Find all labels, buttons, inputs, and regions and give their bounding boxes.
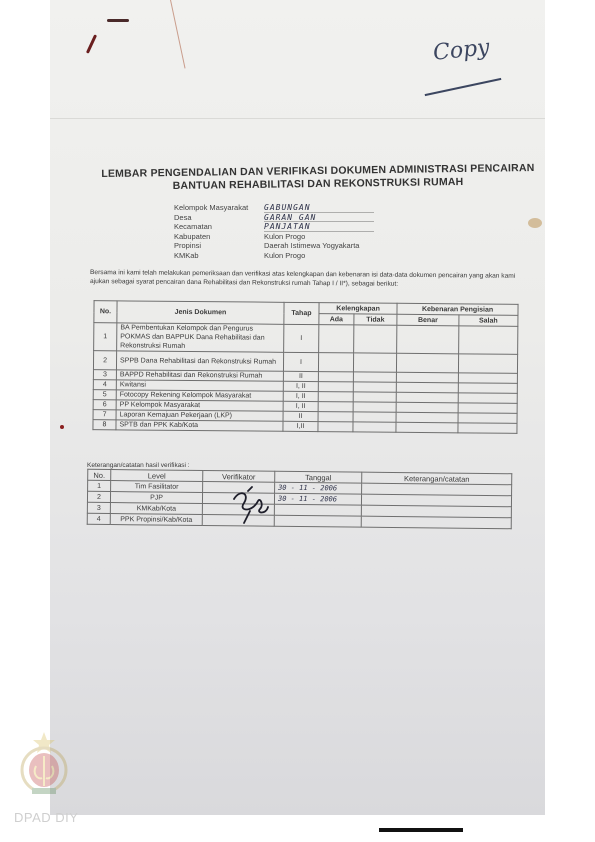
tidak-cell[interactable]	[353, 422, 396, 432]
verification-notes-table: No. Level Verifikator Tanggal Keterangan…	[87, 469, 513, 529]
tahap-value: II	[283, 411, 318, 421]
benar-cell[interactable]	[397, 353, 459, 373]
tahap-value: I, II	[283, 401, 318, 411]
col-header-jenis: Jenis Dokumen	[117, 301, 284, 324]
copy-note-underline	[425, 78, 502, 96]
row-number: 7	[93, 410, 116, 420]
salah-cell[interactable]	[458, 413, 517, 424]
document-name: BA Pembentukan Kelompok dan Pengurus POK…	[117, 323, 284, 352]
col-header-benar: Benar	[397, 314, 459, 326]
document-name: SPPB Dana Rehabilitasi dan Rekonstruksi …	[116, 351, 283, 371]
ada-cell[interactable]	[318, 422, 353, 432]
identity-row: Propinsi Daerah Istimewa Yogyakarta	[174, 241, 374, 251]
salah-cell[interactable]	[458, 393, 517, 404]
benar-cell[interactable]	[396, 412, 458, 423]
benar-cell[interactable]	[397, 325, 459, 354]
intro-paragraph: Bersama ini kami telah melakukan pemerik…	[90, 268, 535, 290]
tidak-cell[interactable]	[353, 372, 396, 382]
identity-value-handwritten: GARAN GAN	[264, 213, 374, 223]
col-header-ada: Ada	[319, 314, 354, 325]
identity-row: Kelompok Masyarakat GABUNGAN	[174, 203, 374, 213]
pen-mark	[107, 19, 129, 22]
ada-cell[interactable]	[318, 372, 353, 382]
col-header-salah: Salah	[459, 315, 518, 327]
identity-value: Kulon Progo	[264, 232, 374, 242]
tahap-value: I, II	[283, 381, 318, 391]
identity-value: Daerah Istimewa Yogyakarta	[264, 241, 374, 251]
identity-label: KMKab	[174, 251, 264, 261]
tidak-cell[interactable]	[353, 353, 396, 372]
fold-crease-diagonal	[170, 0, 186, 68]
tanggal-value: 30 - 11 - 2006	[275, 482, 362, 494]
ada-cell[interactable]	[318, 382, 353, 392]
ada-cell[interactable]	[318, 392, 353, 402]
benar-cell[interactable]	[396, 382, 458, 393]
identity-label: Kelompok Masyarakat	[174, 203, 264, 213]
tahap-value: I	[284, 324, 319, 352]
scan-edge-bar	[379, 828, 463, 832]
document-name: SPTB dan PPK Kab/Kota	[116, 420, 283, 431]
row-number: 2	[93, 351, 116, 370]
identity-label: Kabupaten	[174, 232, 264, 242]
tahap-value: I	[283, 352, 318, 371]
identity-value-handwritten: PANJATAN	[264, 222, 374, 232]
row-number: 1	[88, 480, 111, 491]
diy-emblem-logo	[14, 730, 74, 800]
tidak-cell[interactable]	[353, 325, 397, 353]
tahap-value: I, II	[283, 391, 318, 401]
identity-value: Kulon Progo	[264, 251, 374, 261]
scanned-page: Copy LEMBAR PENGENDALIAN DAN VERIFIKASI …	[50, 0, 545, 815]
col-header-verifikator: Verifikator	[203, 470, 275, 482]
tidak-cell[interactable]	[353, 382, 396, 392]
watermark-text: DPAD DIY	[14, 810, 78, 825]
benar-cell[interactable]	[396, 422, 458, 433]
ada-cell[interactable]	[318, 353, 353, 372]
ada-cell[interactable]	[318, 412, 353, 422]
verifier-signature	[230, 485, 270, 525]
pen-mark	[86, 34, 97, 53]
ada-cell[interactable]	[319, 325, 354, 353]
row-number: 8	[93, 420, 116, 430]
salah-cell[interactable]	[458, 403, 517, 414]
identity-row: Kabupaten Kulon Progo	[174, 232, 374, 242]
identity-row: Kecamatan PANJATAN	[174, 222, 374, 232]
tidak-cell[interactable]	[353, 392, 396, 402]
identity-block: Kelompok Masyarakat GABUNGAN Desa GARAN …	[174, 203, 374, 260]
col-header-tahap: Tahap	[284, 302, 319, 324]
row-number: 6	[93, 400, 116, 410]
salah-cell[interactable]	[458, 423, 517, 434]
row-number: 4	[87, 513, 110, 524]
salah-cell[interactable]	[458, 326, 517, 355]
row-number: 3	[93, 370, 116, 380]
document-title: LEMBAR PENGENDALIAN DAN VERIFIKASI DOKUM…	[98, 162, 538, 194]
col-header-no: No.	[94, 301, 117, 323]
ada-cell[interactable]	[318, 402, 353, 412]
col-header-no: No.	[88, 469, 111, 480]
identity-label: Kecamatan	[174, 222, 264, 232]
tanggal-value	[274, 515, 361, 527]
tidak-cell[interactable]	[353, 402, 396, 412]
salah-cell[interactable]	[458, 383, 517, 394]
table-row: 1BA Pembentukan Kelompok dan Pengurus PO…	[94, 323, 518, 355]
col-header-tanggal: Tanggal	[275, 471, 362, 483]
row-number: 3	[87, 502, 110, 513]
row-number: 5	[93, 390, 116, 400]
benar-cell[interactable]	[396, 392, 458, 403]
keterangan-cell[interactable]	[361, 516, 511, 529]
row-number: 2	[87, 491, 110, 502]
tanggal-value	[274, 504, 361, 516]
identity-row: Desa GARAN GAN	[174, 213, 374, 223]
identity-label: Propinsi	[174, 241, 264, 251]
tahap-value: II	[283, 371, 318, 381]
row-number: 1	[94, 323, 117, 351]
tanggal-value: 30 - 11 - 2006	[274, 493, 361, 505]
tidak-cell[interactable]	[353, 412, 396, 422]
level-name: PPK Propinsi/Kab/Kota	[110, 514, 202, 526]
identity-value-handwritten: GABUNGAN	[264, 203, 374, 213]
ink-spot	[60, 425, 64, 429]
paper-stain	[528, 218, 542, 228]
salah-cell[interactable]	[458, 354, 517, 374]
benar-cell[interactable]	[396, 402, 458, 413]
benar-cell[interactable]	[397, 372, 459, 383]
col-header-kelengkapan: Kelengkapan	[319, 303, 397, 315]
col-header-tidak: Tidak	[354, 314, 397, 325]
fold-crease	[50, 118, 545, 119]
identity-row: KMKab Kulon Progo	[174, 251, 374, 261]
tahap-value: I,II	[283, 421, 318, 431]
row-number: 4	[93, 380, 116, 390]
identity-label: Desa	[174, 213, 264, 223]
handwritten-copy-note: Copy	[432, 35, 491, 66]
salah-cell[interactable]	[458, 373, 517, 384]
document-checklist-table: No. Jenis Dokumen Tahap Kelengkapan Kebe…	[92, 300, 518, 434]
